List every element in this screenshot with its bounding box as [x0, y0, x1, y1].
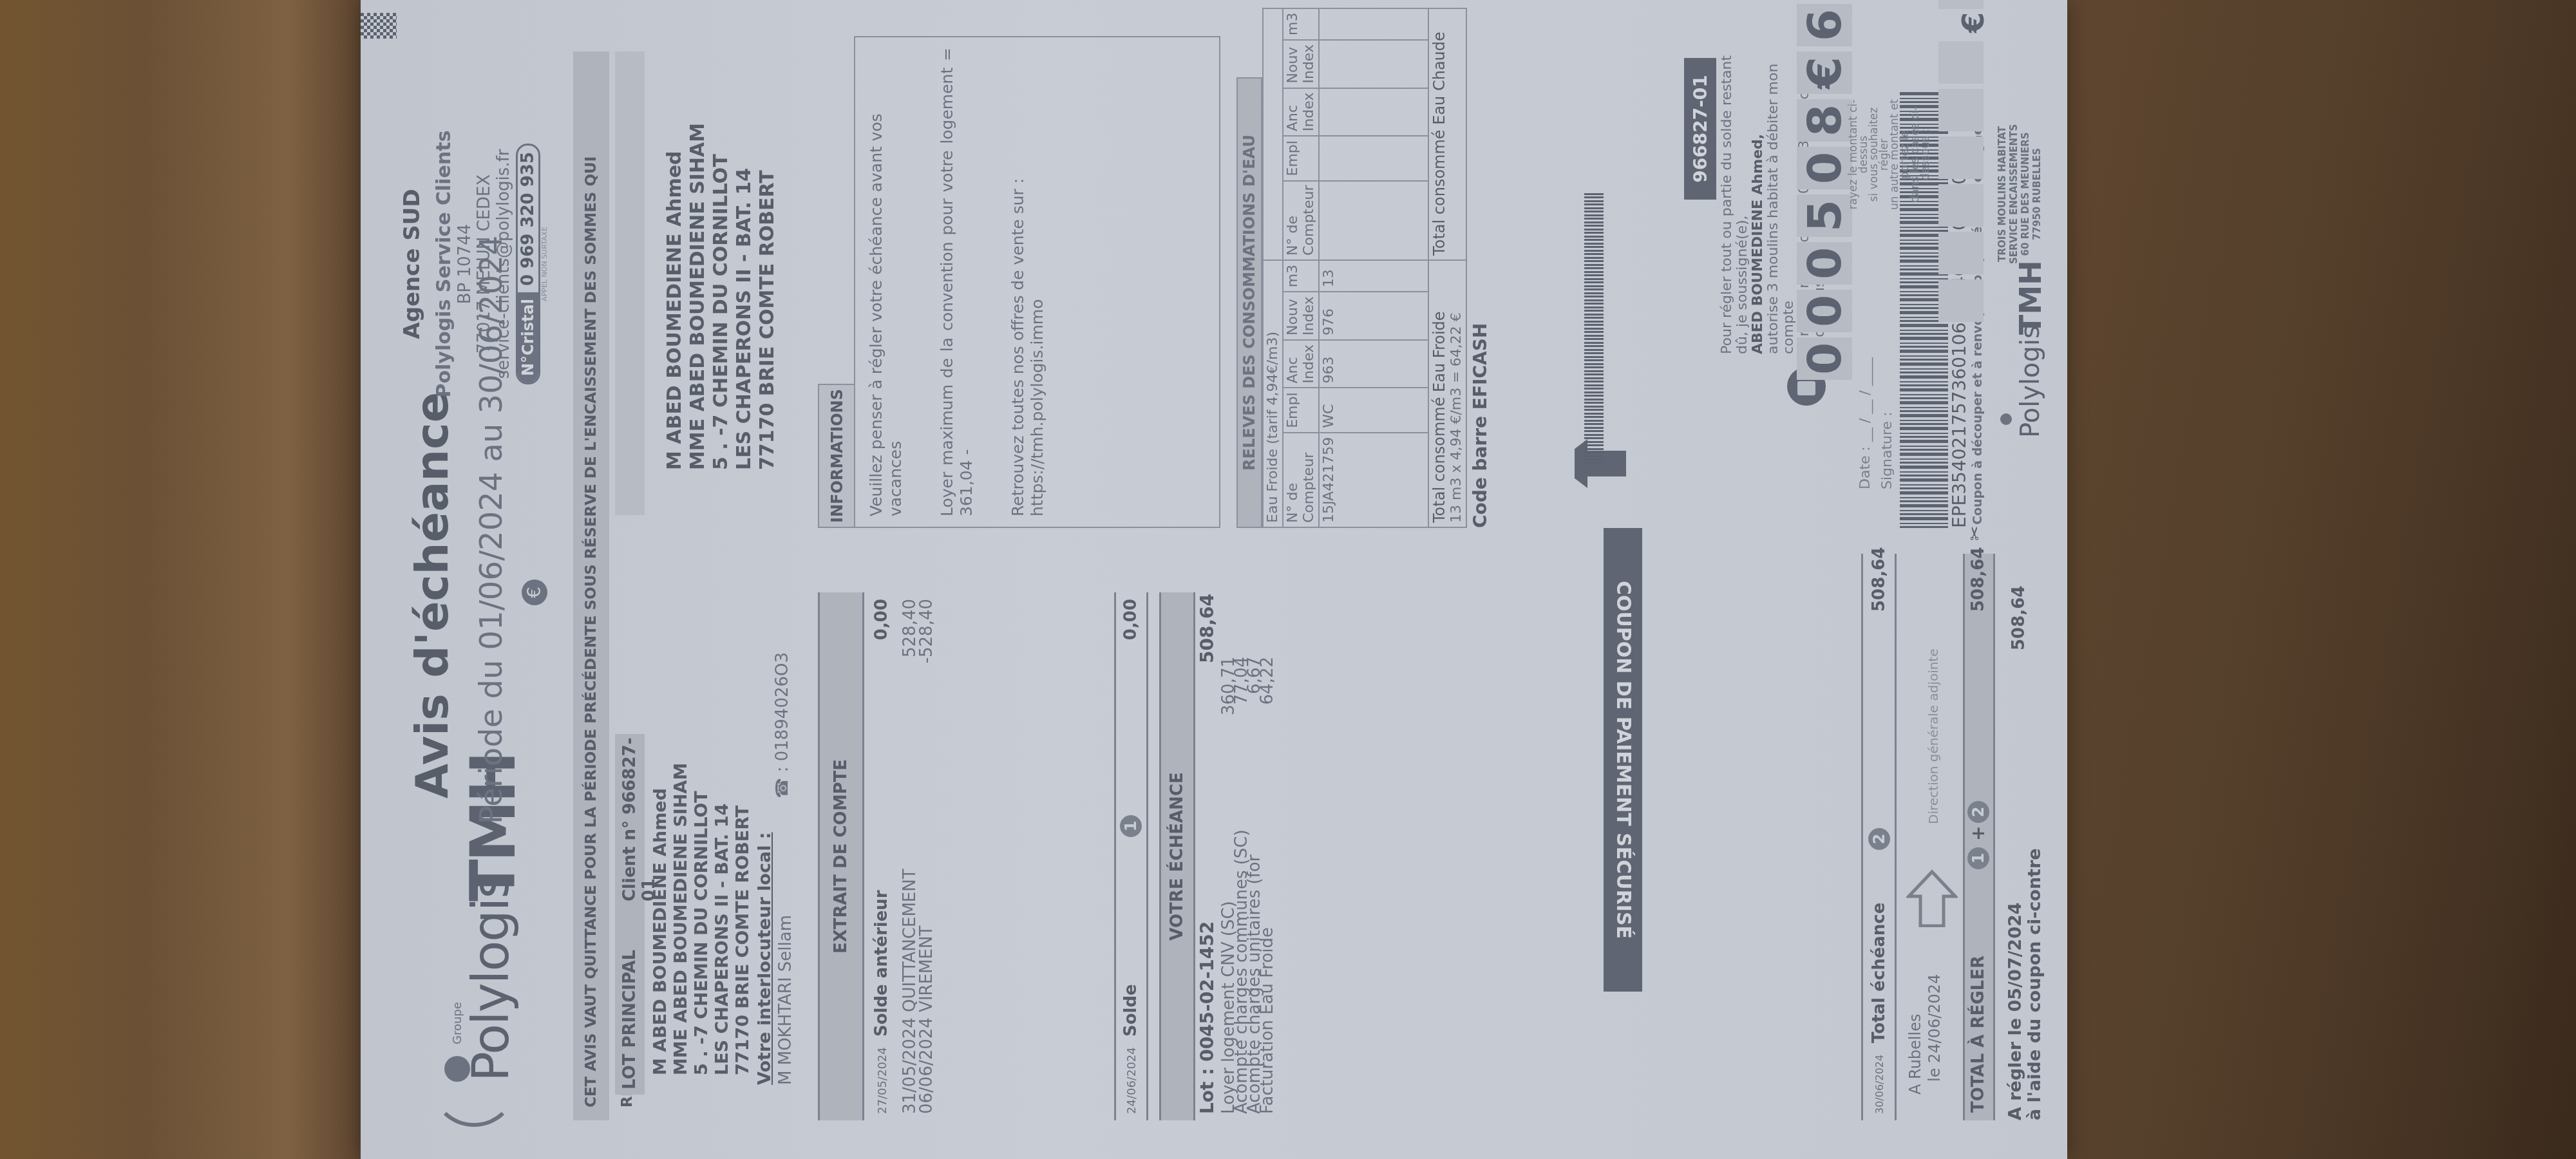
eficash-label: Code barre EFICASH [1470, 77, 1491, 528]
signature-field[interactable]: Signature : [1877, 270, 1899, 489]
recipient-line: 77950 RUBELLES [2031, 124, 2043, 264]
col-header: Nouv Index [1283, 292, 1319, 340]
col-header: Nouv Index [1283, 40, 1319, 88]
quittance-banner: CET AVIS VAUT QUITTANCE POUR LA PÉRIODE … [573, 52, 609, 1120]
coupon-brand: Polylogis [2016, 325, 2045, 438]
col-header: N° de Compteur [1283, 181, 1319, 260]
wood-surface-left [0, 0, 361, 1159]
total-regler-label: TOTAL À RÉGLER [1969, 956, 1988, 1113]
amount-digit: 0 [1797, 147, 1852, 189]
col-header: Empl [1283, 136, 1319, 180]
amount-digit: 0 [1797, 337, 1852, 380]
recipient-line: SERVICE ENCAISSEMENTS [2008, 124, 2020, 264]
previous-date: 27/05/2024 [876, 1047, 889, 1114]
amount-digit: 8 [1797, 99, 1852, 142]
mailing-address: M ABED BOUMEDIENE Ahmed MME ABED BOUMEDI… [663, 123, 779, 470]
marker-1-icon: 1 [1967, 847, 1989, 869]
coupon-brand-sub: TMH [2013, 260, 2048, 335]
scissors-icon: ✂ [1964, 526, 1985, 541]
table-row: 15JA421759 WC 963 976 13 [1319, 8, 1428, 527]
amount-digit: 0 [1797, 290, 1852, 332]
col-header: m3 [1283, 260, 1319, 292]
amount-digit: € [1797, 52, 1852, 94]
address-line: 5 . -7 CHEMIN DU CORNILLOT [710, 123, 733, 470]
client-ref-box: 966827-01 [1684, 58, 1716, 200]
cristal-badge: N°Cristal 0 969 320 935 [516, 144, 540, 384]
lot-address: M ABED BOUMEDIENE Ahmed MME ABED BOUMEDI… [650, 763, 753, 1075]
line-amount: -528,40 [918, 599, 935, 663]
water-table: Eau Froide (tarif 4,94€/m3) N° de Compte… [1262, 8, 1467, 528]
cristal-number[interactable]: 0 969 320 935 [518, 146, 538, 292]
col-header: Empl [1283, 388, 1319, 432]
marker-2-icon: 2 [1868, 828, 1890, 850]
cell: 963 [1319, 340, 1428, 388]
total-hot-label: Total consommé Eau Chaude [1428, 8, 1466, 260]
address-line: MME ABED BOUMEDIENE SIHAM [671, 763, 692, 1075]
coupon-barcode [1584, 193, 1604, 464]
echeance-lot-amount: 508,64 [1197, 594, 1218, 663]
previous-amount: 0,00 [872, 599, 891, 640]
date-signature: Date : __ / __ / ____ Signature : [1855, 270, 1932, 489]
lot-label: LOT PRINCIPAL [620, 950, 639, 1089]
address-line: 77170 BRIE COMTE ROBERT [756, 123, 779, 470]
line-label: VIREMENT [917, 926, 936, 1012]
total-label: Total échéance [1870, 903, 1889, 1043]
date-field[interactable]: Date : __ / __ / ____ [1855, 270, 1877, 489]
marker-2-icon: 2 [1967, 801, 1989, 823]
info-paragraph: Loyer maximum de la convention pour votr… [938, 48, 976, 516]
total-regler-row: TOTAL À RÉGLER 1 + 2 508,64 [1963, 554, 1995, 1120]
solde-row: 24/06/2024 Solde 1 0,00 [1117, 592, 1146, 1120]
echeance-lines: Loyer logement CNV (SC) Acompte charges … [1222, 829, 1274, 1114]
cell: 13 [1319, 260, 1428, 292]
euro-icon: € [522, 579, 547, 605]
col-header: Anc Index [1283, 88, 1319, 137]
wood-surface-right [2061, 0, 2576, 1159]
amount-boxes: 000508€64 [1797, 58, 1848, 380]
due-line: A régler le 05/07/2024 [2006, 848, 2025, 1120]
interlocutor-name: M MOKHTARI Sellam [776, 915, 795, 1085]
solde-date: 24/06/2024 [1125, 1047, 1139, 1114]
amount-digit: 5 [1797, 194, 1852, 237]
address-line: M ABED BOUMEDIENE Ahmed [650, 763, 671, 1075]
signatory: Direction générale adjointe [1926, 648, 1941, 824]
address-line: MME ABED BOUMEDIENE SIHAM [687, 123, 710, 470]
alt-amount-note: rayez le montant ci-dessus si vous souha… [1848, 90, 1932, 219]
alt-currency: € [1956, 12, 1991, 33]
interlocutor-label: Votre interlocuteur local : [755, 832, 775, 1085]
brand-logo: Groupe Polylogis TMH [431, 786, 535, 1120]
alt-note-line: si vous souhaitez régler [1869, 90, 1889, 219]
echeance-lot: Lot : 0045-02-1452 [1197, 921, 1218, 1114]
alt-note-line: dans les cases ci-dessous : [1910, 90, 1931, 219]
address-line: M ABED BOUMEDIENE Ahmed [663, 123, 687, 470]
echeance-title: VOTRE ÉCHÉANCE [1159, 592, 1195, 1120]
signoff-date: le 24/06/2024 [1926, 974, 1944, 1082]
phone-line: ☎ : 01894026O3 [773, 652, 792, 798]
phone-icon: ☎ : [773, 761, 792, 798]
faded-header-bar [615, 52, 645, 515]
arrow-right-icon [1906, 882, 1945, 927]
info-title: INFORMATIONS [819, 385, 855, 527]
coupon-recipient: TROIS MOULINS HABITAT SERVICE ENCAISSEME… [1996, 124, 2043, 264]
amount-digit: 0 [1797, 242, 1852, 285]
info-box: Veuillez penser à régler votre échéance … [854, 36, 1220, 528]
echeance-line-amount: 64,22 [1261, 657, 1274, 747]
alt-amount-boxes[interactable]: € [1938, 58, 1971, 322]
alt-note-line: rayez le montant ci-dessus [1848, 90, 1869, 219]
line-amount: 528,40 [902, 599, 918, 663]
cell: WC [1319, 388, 1428, 432]
total-date: 30/06/2024 [1873, 1055, 1886, 1114]
agency-email[interactable]: service-clients@polylogis.fr [494, 97, 513, 431]
total-cold-label: Total consommé Eau Froide [1430, 311, 1448, 523]
previous-label: Solde antérieur [872, 890, 891, 1037]
total-echeance-amount: 508,64 [1870, 547, 1889, 612]
col-header: Anc Index [1283, 340, 1319, 388]
agency-bp: BP 10744 [455, 97, 475, 431]
page-title: Avis d'échéance [406, 392, 459, 798]
info-paragraph[interactable]: Retrouvez toutes nos offres de vente sur… [1009, 48, 1047, 516]
extrait-section: EXTRAIT DE COMPTE 27/05/2024 Solde antér… [818, 592, 864, 1120]
info-tab: INFORMATIONS [818, 384, 855, 528]
mandate-line: Pour régler tout ou partie du solde rest… [1719, 52, 1750, 354]
total-cold-calc: 13 m3 x 4,94 €/m3 = 64,22 € [1448, 312, 1464, 523]
water-title: RELEVES DES CONSOMMATIONS D'EAU [1236, 77, 1262, 528]
signoff-place: A Rubelles [1906, 1014, 1924, 1095]
info-paragraph: Veuillez penser à régler votre échéance … [867, 48, 905, 516]
plus-sign: + [1967, 826, 1989, 841]
due-amount: 508,64 [2009, 586, 2029, 650]
cell: 976 [1319, 292, 1428, 340]
mandate-name: ABED BOUMEDIENE Ahmed, [1750, 52, 1766, 354]
solde-label: Solde [1121, 984, 1141, 1037]
address-line: LES CHAPERONS II - BAT. 14 [712, 763, 733, 1075]
brand-name: Polylogis [462, 874, 520, 1082]
line-date: 06/06/2024 [917, 1017, 936, 1114]
extrait-amounts: 528,40 -528,40 [902, 599, 935, 663]
agency-city: 77017 MELUN CEDEX [475, 97, 494, 431]
cristal-note: APPEL NON SURTAXE [540, 97, 549, 431]
total-cold: Total consommé Eau Froide13 m3 x 4,94 €/… [1428, 260, 1466, 527]
coupon-banner-text: COUPON DE PAIEMENT SÉCURISÉ [1612, 581, 1634, 939]
datamatrix-code [361, 13, 397, 39]
agency-block: Agence SUD Polylogis Service Clients BP … [399, 97, 549, 431]
col-header: N° de Compteur [1283, 433, 1319, 527]
total-regler-amount: 508,64 [1969, 547, 1988, 612]
coupon-logo: Polylogis TMH TROIS MOULINS HABITAT SERV… [1984, 122, 2054, 496]
coupon-banner: COUPON DE PAIEMENT SÉCURISÉ [1604, 528, 1642, 992]
total-echeance-row: 30/06/2024 Total échéance 2 508,64 [1864, 554, 1894, 1120]
agency-name: Agence SUD [399, 97, 425, 431]
coupon-client-ref: 966827-01 [1690, 75, 1711, 182]
address-line: 5 . -7 CHEMIN DU CORNILLOT [692, 763, 712, 1075]
col-header: m3 [1283, 8, 1319, 40]
logo-emblem-icon [2000, 413, 2012, 425]
due-line: à l'aide du coupon ci-contre [2025, 848, 2045, 1120]
amount-digit: 6 [1797, 4, 1852, 46]
due-text: A régler le 05/07/2024 à l'aide du coupo… [2006, 848, 2045, 1120]
extrait-lines: 31/05/2024 QUITTANCEMENT 06/06/2024 VIRE… [902, 869, 935, 1114]
cristal-label: N°Cristal [518, 292, 538, 382]
cold-water-label: Eau Froide (tarif 4,94€/m3) [1263, 260, 1283, 527]
recipient-line: 60 RUE DES MEUNIERS [2020, 124, 2031, 264]
alt-note-line: un autre montant et portez le [1889, 90, 1910, 219]
phone-number[interactable]: 01894026O3 [773, 652, 792, 761]
lot-bar: LOT PRINCIPAL Client n° 966827-01 [615, 734, 645, 1095]
recipient-line: TROIS MOULINS HABITAT [1996, 124, 2008, 264]
water-section: RELEVES DES CONSOMMATIONS D'EAU Eau Froi… [1236, 77, 1491, 528]
address-line: LES CHAPERONS II - BAT. 14 [733, 123, 756, 470]
address-line: 77170 BRIE COMTE ROBERT [733, 763, 753, 1075]
marker-1-icon: 1 [1120, 815, 1142, 837]
cell: 15JA421759 [1319, 433, 1428, 527]
solde-amount: 0,00 [1121, 599, 1141, 640]
agency-service: Polylogis Service Clients [433, 97, 455, 431]
echeance-amounts: 360,71 77,04 6,67 64,22 [1222, 657, 1274, 747]
extrait-title: EXTRAIT DE COMPTE [818, 592, 864, 1120]
mandate-line: autorise 3 moulins habitat à débiter mon… [1766, 52, 1797, 354]
